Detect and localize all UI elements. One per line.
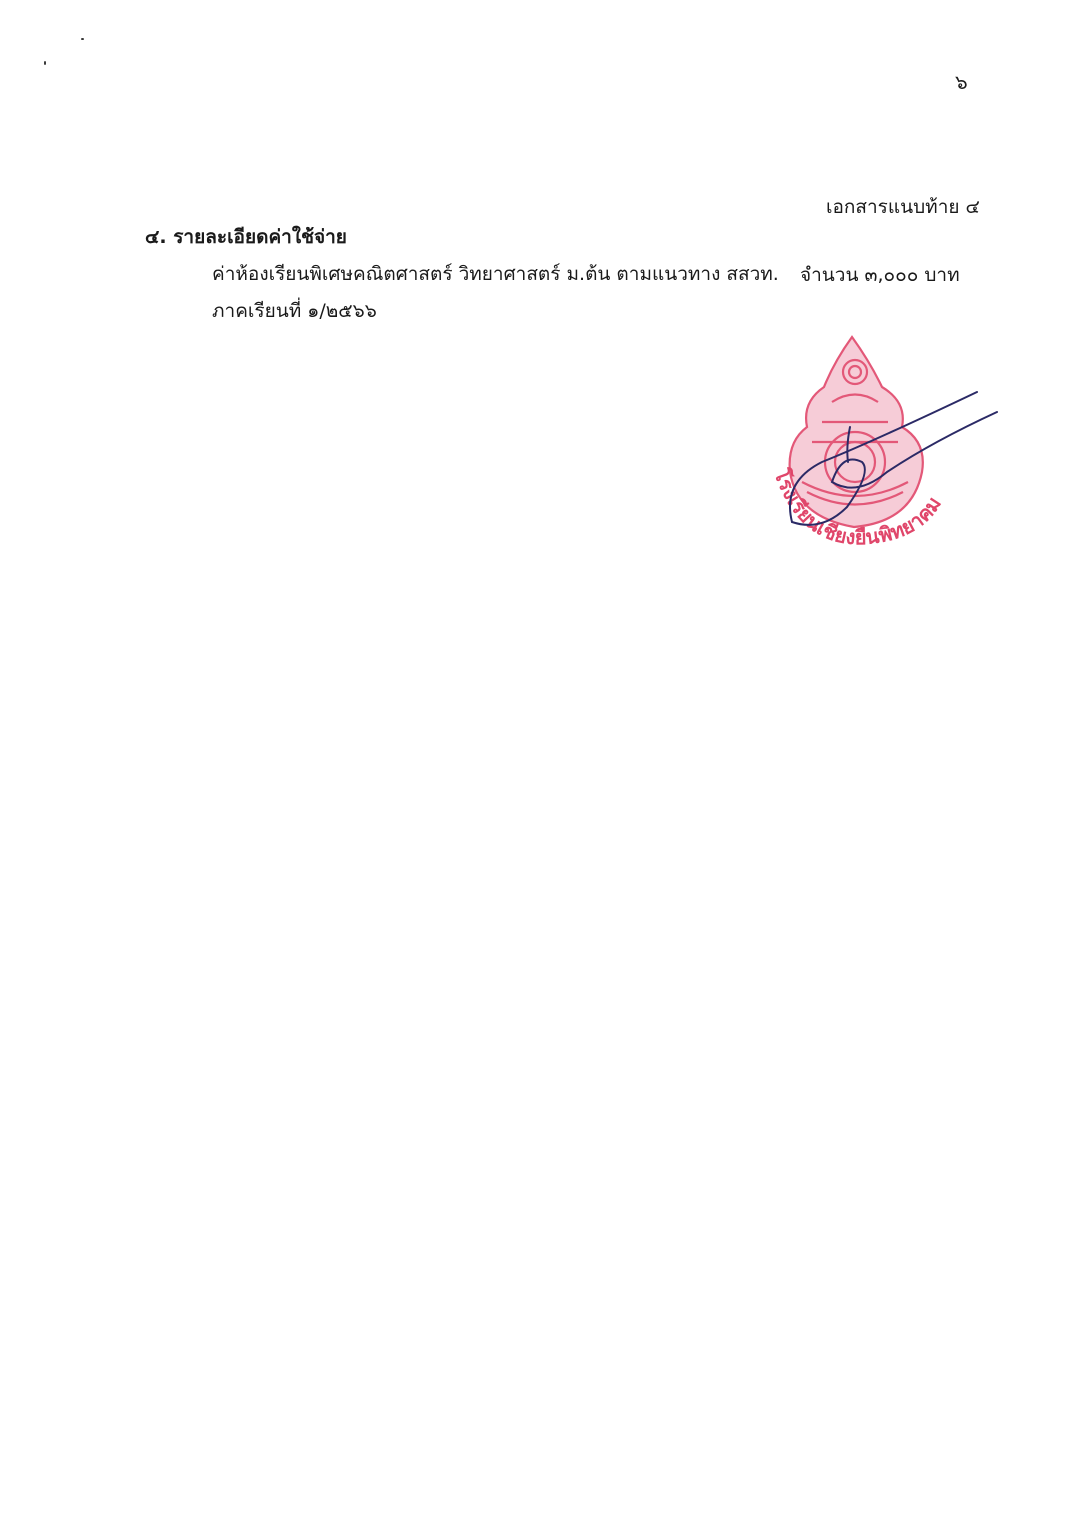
scan-speck: [81, 38, 84, 40]
attachment-label: เอกสารแนบท้าย ๔: [826, 192, 980, 222]
scan-speck: [44, 61, 46, 65]
school-seal-stamp: โรงเรียนเชียงยืนพิทยาคม: [762, 332, 1002, 560]
page-number: ๖: [955, 66, 968, 98]
section-heading: ๔. รายละเอียดค่าใช้จ่าย: [145, 222, 347, 252]
expense-item-amount: จำนวน ๓,๐๐๐ บาท: [800, 260, 960, 290]
expense-item-term: ภาคเรียนที่ ๑/๒๕๖๖: [212, 296, 377, 326]
expense-item-description: ค่าห้องเรียนพิเศษคณิตศาสตร์ วิทยาศาสตร์ …: [212, 259, 779, 289]
school-seal-icon: โรงเรียนเชียงยืนพิทยาคม: [762, 332, 1002, 560]
